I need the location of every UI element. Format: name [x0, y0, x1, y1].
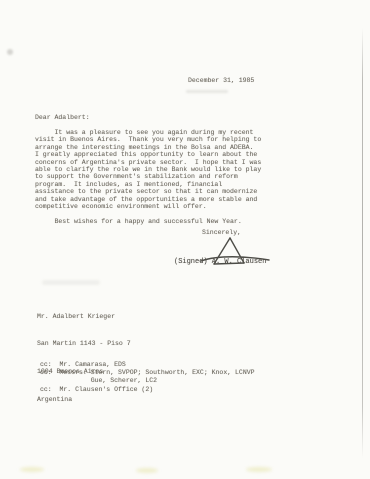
- recipient-country: Argentina: [37, 395, 131, 404]
- signed-line: (Signed) A. W. Clausen: [174, 259, 266, 266]
- scan-smudge: [246, 467, 272, 472]
- recipient-street: San Martin 1143 - Piso 7: [37, 339, 131, 348]
- letter-page: December 31, 1985 Dear Adalbert: It was …: [0, 0, 370, 479]
- recipient-address: Mr. Adalbert Krieger San Martin 1143 - P…: [37, 293, 131, 423]
- salutation: Dear Adalbert:: [35, 114, 90, 121]
- scan-smudge: [7, 49, 13, 55]
- scan-smudge: [136, 468, 158, 473]
- recipient-name: Mr. Adalbert Krieger: [37, 312, 131, 321]
- scan-smudge: [42, 280, 100, 285]
- closing-paragraph: Best wishes for a happy and successful N…: [35, 218, 242, 225]
- cc-block: cc: Mr. Camarasa, EDS cc: Messrs. Stern,…: [40, 361, 255, 394]
- letter-date: December 31, 1985: [188, 77, 254, 84]
- scan-smudge: [20, 467, 44, 472]
- body-paragraph: It was a pleasure to see you again durin…: [35, 129, 261, 210]
- scan-smudge: [186, 90, 228, 93]
- scan-edge-line: [362, 28, 363, 458]
